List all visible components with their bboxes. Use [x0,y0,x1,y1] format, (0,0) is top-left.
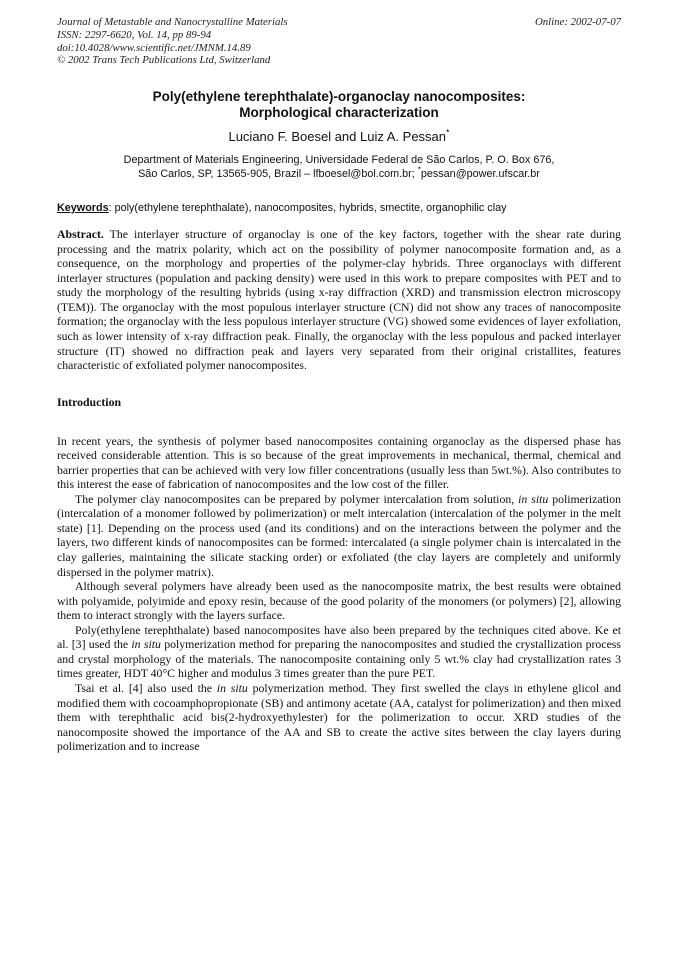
journal-issn-line: ISSN: 2297-6620, Vol. 14, pp 89-94 [57,29,288,42]
abstract-label: Abstract. [57,227,104,241]
journal-title: Journal of Metastable and Nanocrystallin… [57,16,288,29]
affiliation-block: Department of Materials Engineering, Uni… [57,154,621,181]
author-asterisk: * [446,128,450,138]
introduction-heading: Introduction [57,395,621,410]
article-title: Poly(ethylene terephthalate)-organoclay … [57,89,621,120]
article-title-line2: Morphological characterization [57,105,621,121]
intro-p5-seg1: Tsai et al. [4] also used the [75,681,217,695]
intro-p5-insitu: in situ [217,681,248,695]
intro-p2-seg1: The polymer clay nanocomposites can be p… [75,492,518,506]
online-date: Online: 2002-07-07 [535,16,621,29]
journal-doi-line: doi:10.4028/www.scientific.net/JMNM.14.8… [57,42,288,55]
intro-p4-insitu: in situ [131,637,161,651]
introduction-paragraph-3: Although several polymers have already b… [57,579,621,623]
journal-copyright-line: © 2002 Trans Tech Publications Ltd, Swit… [57,54,288,67]
intro-p2-insitu: in situ [518,492,548,506]
introduction-paragraph-2: The polymer clay nanocomposites can be p… [57,492,621,579]
paper-page: Journal of Metastable and Nanocrystallin… [0,0,678,959]
keywords-line: Keywords: poly(ethylene terephthalate), … [57,202,621,214]
journal-header-left: Journal of Metastable and Nanocrystallin… [57,16,288,67]
introduction-paragraph-4: Poly(ethylene terephthalate) based nanoc… [57,623,621,681]
authors-line: Luciano F. Boesel and Luiz A. Pessan* [57,129,621,144]
abstract-text: The interlayer structure of organoclay i… [57,227,621,372]
affiliation-line2-pre: São Carlos, SP, 13565-905, Brazil – lfbo… [138,168,418,180]
affiliation-line1: Department of Materials Engineering, Uni… [57,154,621,168]
abstract-paragraph: Abstract. The interlayer structure of or… [57,227,621,372]
author-names: Luciano F. Boesel and Luiz A. Pessan [228,129,446,144]
keywords-label: Keywords [57,202,109,214]
introduction-paragraph-5: Tsai et al. [4] also used the in situ po… [57,681,621,754]
introduction-paragraph-1: In recent years, the synthesis of polyme… [57,434,621,492]
article-title-line1: Poly(ethylene terephthalate)-organoclay … [57,89,621,105]
journal-header: Journal of Metastable and Nanocrystallin… [57,16,621,67]
affiliation-line2: São Carlos, SP, 13565-905, Brazil – lfbo… [57,168,621,182]
keywords-text: : poly(ethylene terephthalate), nanocomp… [109,202,507,214]
affiliation-email2: pessan@power.ufscar.br [421,168,540,180]
